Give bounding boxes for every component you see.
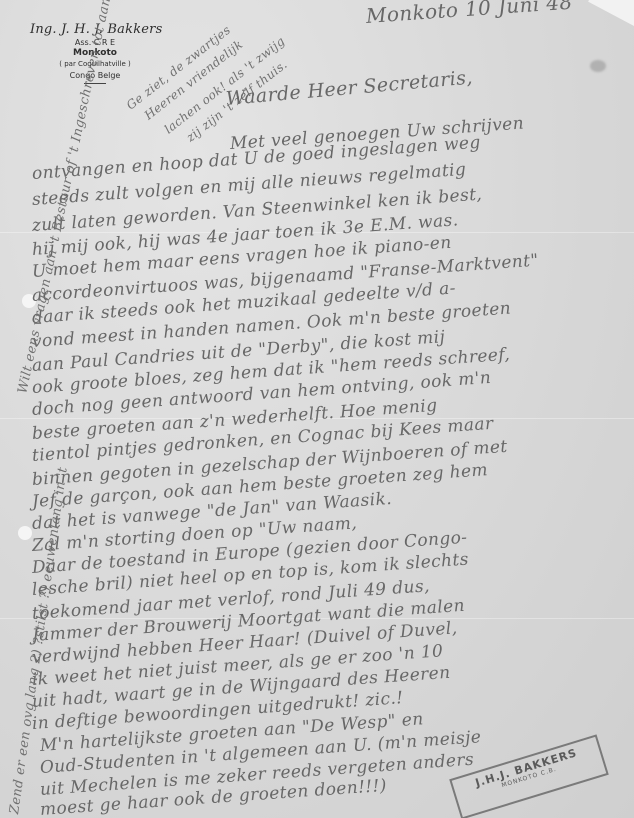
letter-page: Ing. J. H. J. Bakkers Ass. C R E Monkoto… xyxy=(0,0,634,818)
punch-hole xyxy=(18,526,32,540)
folded-corner xyxy=(588,0,634,30)
stamp-name: J.H.J. BAKKERS xyxy=(453,740,600,796)
ink-stain xyxy=(590,60,606,72)
letter-date: Monkoto 10 Juni 48 xyxy=(365,0,573,28)
